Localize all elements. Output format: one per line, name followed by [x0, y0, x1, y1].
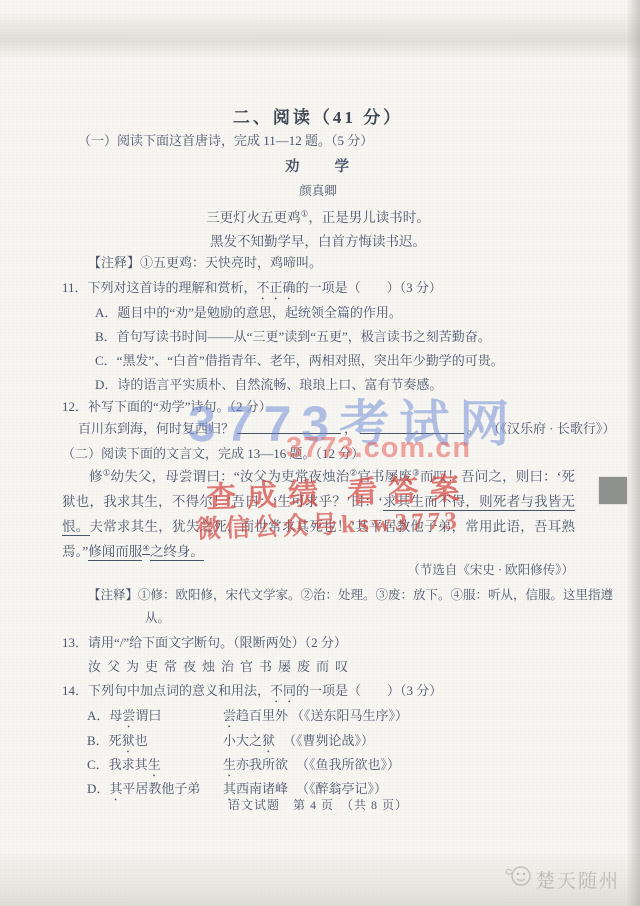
q12-number: 12． [62, 399, 88, 414]
q14-d-right-post: 西南诸峰 [236, 781, 288, 796]
q14-b-left-emph: 狱 [122, 733, 135, 748]
q14-d-left-emph: 其 [109, 781, 122, 796]
scan-gray-tab [599, 477, 627, 504]
q14-a-left: A．母尝谓曰 [87, 705, 161, 731]
answer-blank-2 [360, 420, 464, 434]
q14-number: 14． [62, 683, 88, 698]
q11-option-c: C．“黑发”、“白首”借指青年、老年，两相对照，突出年少勤学的可贵。 [95, 350, 504, 369]
q11-option-d: D．诗的语言平实质朴、自然流畅、琅琅上口、富有节奏感。 [95, 374, 442, 393]
q11-emphasized: 不正确 [257, 280, 296, 295]
q14-d-source: （《醉翁亭记》） [296, 781, 387, 796]
q14-c-right: 生亦我所欲（《鱼我所欲也》） [223, 754, 400, 780]
question-14-stem: 14．下列句中加点词的意义和用法，不同的一项是（ ）（3 分） [62, 680, 442, 706]
q14-d-label: D． [87, 781, 109, 796]
passage-segment: 幼失父，母尝谓曰：“汝父为吏常夜烛治 [111, 469, 350, 484]
poem-author: 颜真卿 [62, 181, 574, 199]
q14-a-left-post: 谓曰 [135, 708, 161, 723]
passage-segment: 修闻而服 [88, 544, 142, 561]
q14-c-label: C． [87, 757, 109, 772]
page-footer: 语文试题 第 4 页 （共 8 页） [62, 796, 574, 813]
q12-quote-stem: 百川东到海，何时复西归？ [78, 421, 234, 436]
q12-period: 。 [467, 421, 480, 436]
q14-d-left-post: 平居教他子弟 [122, 781, 200, 796]
q14-c-source: （《鱼我所欲也》） [296, 757, 400, 772]
poem-line-1: 三更灯火五更鸡①，正是男儿读书时。 [62, 206, 574, 226]
q14-c-left: C．我求其生 [87, 754, 161, 780]
q13-sentence: 汝父为吏常夜烛治官书屡废而叹 [88, 656, 354, 675]
passage-segment: ① [103, 468, 111, 478]
q14-a-left-emph: 尝 [122, 708, 135, 723]
q14-b-label: B． [87, 733, 109, 748]
answer-blank-1 [237, 420, 341, 434]
passage-segment: 官书屡废 [357, 469, 412, 484]
section-title: 二、阅读（41 分） [62, 103, 574, 128]
q12-comma: ， [344, 421, 357, 436]
q14-a-left-pre: 母 [109, 708, 122, 723]
q14-text: 下列句中加点词的意义和用法， [88, 683, 270, 698]
wechat-mascot-icon [504, 863, 534, 889]
q14-b-left-post: 也 [135, 733, 148, 748]
part2-intro: （二）阅读下面的文言文，完成 13—16 题。（12 分） [62, 443, 364, 462]
poem-line-1-rest: ，正是男儿读书时。 [308, 210, 430, 225]
q14-a-label: A． [87, 708, 109, 723]
q12-source: （《汉乐府 · 长歌行》） [494, 421, 615, 436]
q14-c-left-emph: 生 [148, 757, 161, 772]
bottom-brand-label: 楚天随州 [536, 866, 620, 893]
passage-segment: ③ [412, 468, 420, 478]
q11-option-a: A．题目中的“劝”是勉励的意思，起统领全篇的作用。 [95, 302, 402, 321]
poem-note: 【注释】①五更鸡：天快亮时，鸡啼叫。 [88, 252, 322, 271]
q14-a-source: （《送东阳马生序》） [291, 708, 408, 723]
q12-text: 补写下面的“劝学”诗句。（2 分） [88, 399, 272, 414]
poem-line-2: 黑发不知勤学早，白首方悔读书迟。 [62, 230, 574, 250]
q14-text-end: 的一项是（ ）（3 分） [296, 683, 442, 698]
scan-shadow-top [0, 12, 640, 58]
q14-emphasized: 不同 [270, 683, 296, 698]
question-11-stem: 11．下列对这首诗的理解和赏析，不正确的一项是（ ）（3 分） [62, 277, 442, 303]
poem-title: 劝 学 [62, 155, 574, 176]
q14-c-left-pre: 我求其 [109, 757, 148, 772]
poem-line-1-text: 三更灯火五更鸡 [206, 210, 301, 225]
passage-segment: 之终身。 [150, 544, 204, 561]
q11-option-b: B．首句写读书时间——从“三更”读到“五更”，极言读书之刻苦勤奋。 [95, 326, 491, 345]
scan-edge-right [627, 0, 640, 906]
passage-segment: 修 [89, 469, 103, 484]
scanned-exam-page: 二、阅读（41 分） （一）阅读下面这首唐诗，完成 11—12 题。（5 分） … [0, 0, 640, 906]
q14-a-right: 尝趋百里外（《送东阳马生序》） [223, 705, 408, 731]
passage-citation: （节选自《宋史 · 欧阳修传》） [62, 560, 574, 578]
q14-a-right-emph: 尝 [223, 708, 236, 723]
q13-number: 13． [62, 635, 88, 650]
q14-d-right-emph: 其 [223, 781, 236, 796]
passage-segment: ④ [142, 543, 150, 555]
q11-number: 11． [62, 280, 88, 295]
q14-c-right-emph: 生 [223, 757, 236, 772]
q13-text: 请用“/”给下面文字断句。（限断两处）（2 分） [88, 635, 347, 650]
q14-b-source: （《曹刿论战》） [283, 733, 374, 748]
q12-fill-line: 百川东到海，何时复西归？，。（《汉乐府 · 长歌行》） [78, 418, 615, 437]
q14-b-right: 小大之狱（《曹刿论战》） [223, 730, 374, 756]
q14-b-right-emph: 狱 [262, 733, 275, 748]
question-13-stem: 13．请用“/”给下面文字断句。（限断两处）（2 分） [62, 632, 347, 651]
q14-b-left: B．死狱也 [87, 730, 148, 756]
question-12-stem: 12．补写下面的“劝学”诗句。（2 分） [62, 396, 272, 415]
q14-b-left-pre: 死 [109, 733, 122, 748]
q14-a-right-post: 趋百里外 [236, 708, 288, 723]
part1-intro: （一）阅读下面这首唐诗，完成 11—12 题。（5 分） [78, 130, 373, 149]
q14-b-right-pre: 小大之 [223, 733, 262, 748]
q11-text: 下列对这首诗的理解和赏析， [88, 280, 257, 295]
q14-c-right-post: 亦我所欲 [236, 757, 288, 772]
classical-passage: 修①幼失父，母尝谓曰：“汝父为吏常夜烛治②官书屡废③而叹！吾问之，则曰：‘死狱也… [62, 464, 575, 564]
passage-notes: 【注释】①修：欧阳修，宋代文学家。②治：处理。③废：放下。④服：听从，信服。这里… [88, 584, 615, 630]
q11-text-end: 的一项是（ ）（3 分） [296, 280, 442, 295]
